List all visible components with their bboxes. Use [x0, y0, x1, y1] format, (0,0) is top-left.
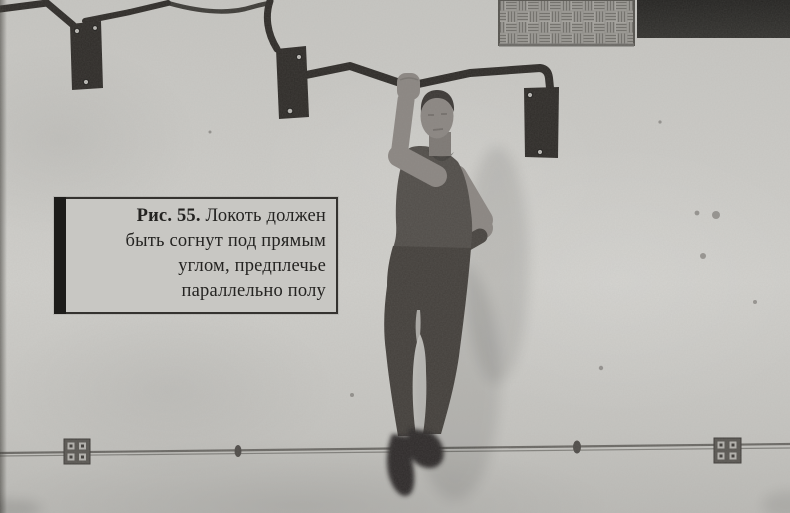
figure-caption-text: Рис. 55. Локоть должен быть согнут под п…	[74, 204, 326, 304]
exercise-photo-figure: Рис. 55. Локоть должен быть согнут под п…	[0, 0, 790, 513]
figure-caption-box: Рис. 55. Локоть должен быть согнут под п…	[54, 197, 338, 314]
figure-number-label: Рис. 55.	[137, 206, 201, 226]
caption-accent-bar	[54, 197, 66, 314]
